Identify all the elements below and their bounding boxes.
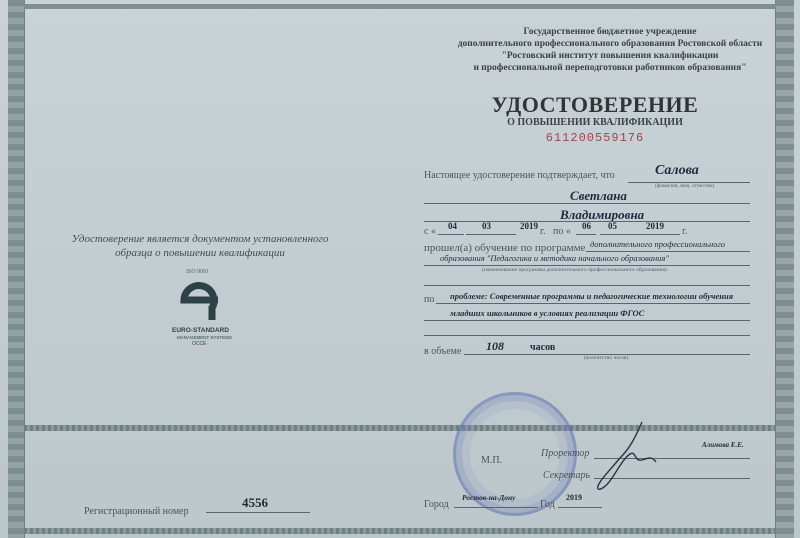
topic-underline <box>424 335 750 336</box>
date-from-month: 03 <box>482 221 491 231</box>
date-from-day: 04 <box>448 221 457 231</box>
volume-caption: (количество часов) <box>584 355 628 361</box>
date-from-label: с « <box>424 226 436 237</box>
year-suffix-2: г. <box>682 226 687 237</box>
signature-scribble-icon <box>590 418 670 498</box>
iso-label: ISO 9001 <box>186 269 209 275</box>
year-value: 2019 <box>566 493 582 502</box>
logo-org: ОССЕ <box>192 341 206 347</box>
surname-value: Салова <box>655 163 699 179</box>
document-subtitle: О ПОВЫШЕНИИ КВАЛИФИКАЦИИ <box>470 117 720 128</box>
decorative-border-top <box>24 4 776 9</box>
program-line-1: дополнительного профессионального <box>590 239 725 249</box>
program-line-2: образования "Педагогика и методика начал… <box>440 253 669 263</box>
name-value: Светлана <box>570 188 627 204</box>
topic-underline <box>424 320 750 321</box>
topic-underline <box>436 303 750 304</box>
year-line <box>558 507 602 508</box>
city-line <box>454 507 538 508</box>
left-note-line-1: Удостоверение является документом устано… <box>40 233 360 245</box>
topic-line-1: проблеме: Современные программы и педаго… <box>450 291 733 301</box>
program-underline <box>586 251 750 252</box>
decorative-border-right <box>775 0 794 538</box>
date-from-year: 2019 <box>520 221 538 231</box>
topic-top-line <box>424 285 750 286</box>
year-suffix: г. <box>540 226 545 237</box>
euro-standard-e-logo-icon <box>176 276 222 322</box>
date-line <box>600 234 640 235</box>
stamp-label: М.П. <box>481 455 502 466</box>
left-note-line-2: образца о повышении квалификации <box>40 247 360 259</box>
decorative-border-bottom <box>24 528 776 534</box>
rector-name: Алимова Е.Е. <box>702 441 744 449</box>
date-line <box>466 234 516 235</box>
registration-line <box>206 512 310 513</box>
institution-line-3: "Ростовский институт повышения квалифика… <box>420 51 800 61</box>
institution-line-1: Государственное бюджетное учреждение <box>420 27 800 37</box>
logo-brand: EURO-STANDARD <box>172 327 229 334</box>
fio-caption: (фамилия, имя, отчество) <box>655 183 714 189</box>
date-to-month: 05 <box>608 221 617 231</box>
secretary-label: Секретарь <box>543 470 590 481</box>
name-line <box>424 203 750 204</box>
institution-line-4: и профессиональной переподготовки работн… <box>420 63 800 73</box>
city-value: Ростов-на-Дону <box>462 493 516 502</box>
program-caption: (наименование программы дополнительного … <box>482 267 667 273</box>
document-title: УДОСТОВЕРЕНИЕ <box>470 92 720 118</box>
institution-line-2: дополнительного профессионального образо… <box>420 39 800 49</box>
volume-label: в объеме <box>424 346 461 357</box>
logo-sub: MANAGEMENT SYSTEMS <box>177 335 232 340</box>
rector-label: Проректор <box>541 448 589 459</box>
certificate-sheet: Государственное бюджетное учреждение доп… <box>0 0 800 538</box>
date-line <box>438 234 464 235</box>
topic-line-2: младших школьников в условиях реализации… <box>450 308 644 318</box>
date-to-label: по « <box>553 226 571 237</box>
volume-unit: часов <box>530 342 555 353</box>
date-to-day: 06 <box>582 221 591 231</box>
decorative-border-left <box>8 0 25 538</box>
certifies-label: Настоящее удостоверение подтверждает, чт… <box>424 170 615 181</box>
serial-number: 611200559176 <box>470 131 720 145</box>
date-line <box>576 234 596 235</box>
topic-label: по <box>424 294 434 305</box>
year-label: Год <box>540 499 555 510</box>
registration-label: Регистрационный номер <box>84 506 189 517</box>
program-underline <box>424 265 750 266</box>
date-line <box>640 234 680 235</box>
city-label: Город <box>424 499 449 510</box>
volume-hours: 108 <box>486 339 504 354</box>
date-to-year: 2019 <box>646 221 664 231</box>
registration-number: 4556 <box>242 495 268 511</box>
